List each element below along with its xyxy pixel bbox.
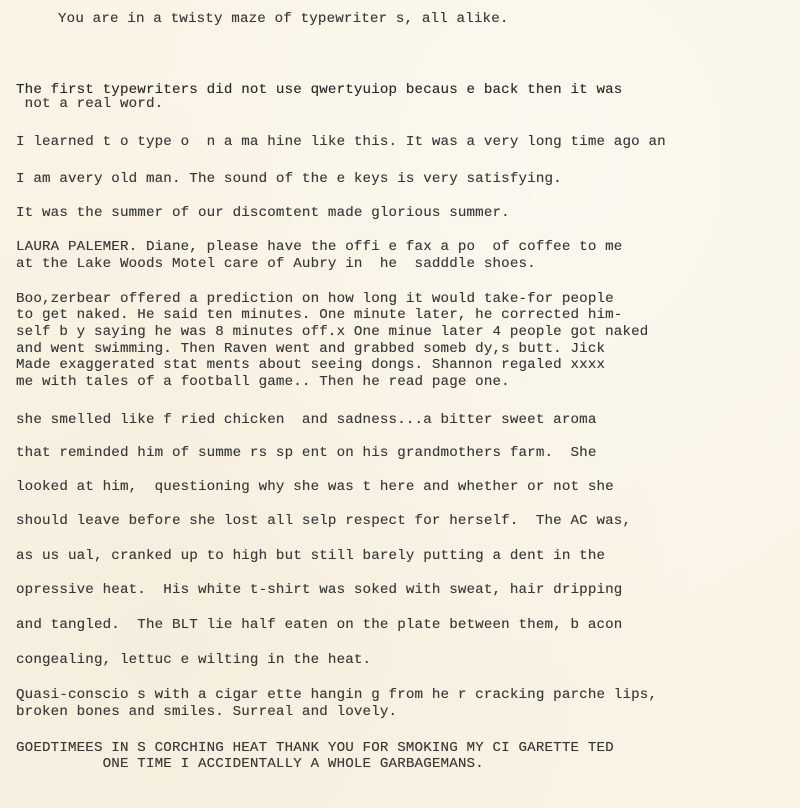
paragraph-line: self b y saying he was 8 minutes off.x O…	[16, 324, 648, 340]
paragraph-line: I am avery old man. The sound of the e k…	[16, 171, 562, 187]
title-line: You are in a twisty maze of typewriter s…	[58, 11, 509, 27]
paragraph-line: congealing, lettuc e wilting in the heat…	[16, 652, 371, 668]
paragraph-line: should leave before she lost all selp re…	[16, 513, 631, 529]
paragraph-line: broken bones and smiles. Surreal and lov…	[16, 704, 397, 720]
paragraph-line: at the Lake Woods Motel care of Aubry in…	[16, 256, 536, 272]
paragraph-line: GOEDTIMEES IN S CORCHING HEAT THANK YOU …	[16, 740, 614, 756]
paragraph-line: and went swimming. Then Raven went and g…	[16, 341, 605, 357]
paragraph-line: and tangled. The BLT lie half eaten on t…	[16, 617, 622, 633]
paragraph-line: looked at him, questioning why she was t…	[16, 479, 614, 495]
paragraph-line: as us ual, cranked up to high but still …	[16, 548, 605, 564]
typewritten-page: You are in a twisty maze of typewriter s…	[0, 0, 800, 808]
paragraph-line: to get naked. He said ten minutes. One m…	[16, 307, 622, 323]
paragraph-line: she smelled like f ried chicken and sadn…	[16, 412, 596, 428]
paragraph-line: I learned t o type o n a ma hine like th…	[16, 134, 666, 150]
paragraph-line: Quasi-conscio s with a cigar ette hangin…	[16, 687, 657, 703]
paragraph-line: Boo,zerbear offered a prediction on how …	[16, 291, 614, 307]
paragraph-line: It was the summer of our discomtent made…	[16, 205, 510, 221]
paragraph-line: ONE TIME I ACCIDENTALLY A WHOLE GARBAGEM…	[16, 756, 484, 772]
paragraph-line: that reminded him of summe rs sp ent on …	[16, 445, 596, 461]
paragraph-line: not a real word.	[16, 96, 163, 112]
paragraph-line: opressive heat. His white t-shirt was so…	[16, 582, 622, 598]
paragraph-line: me with tales of a football game.. Then …	[16, 374, 510, 390]
paragraph-line: Made exaggerated stat ments about seeing…	[16, 357, 605, 373]
paragraph-line: LAURA PALEMER. Diane, please have the of…	[16, 239, 622, 255]
